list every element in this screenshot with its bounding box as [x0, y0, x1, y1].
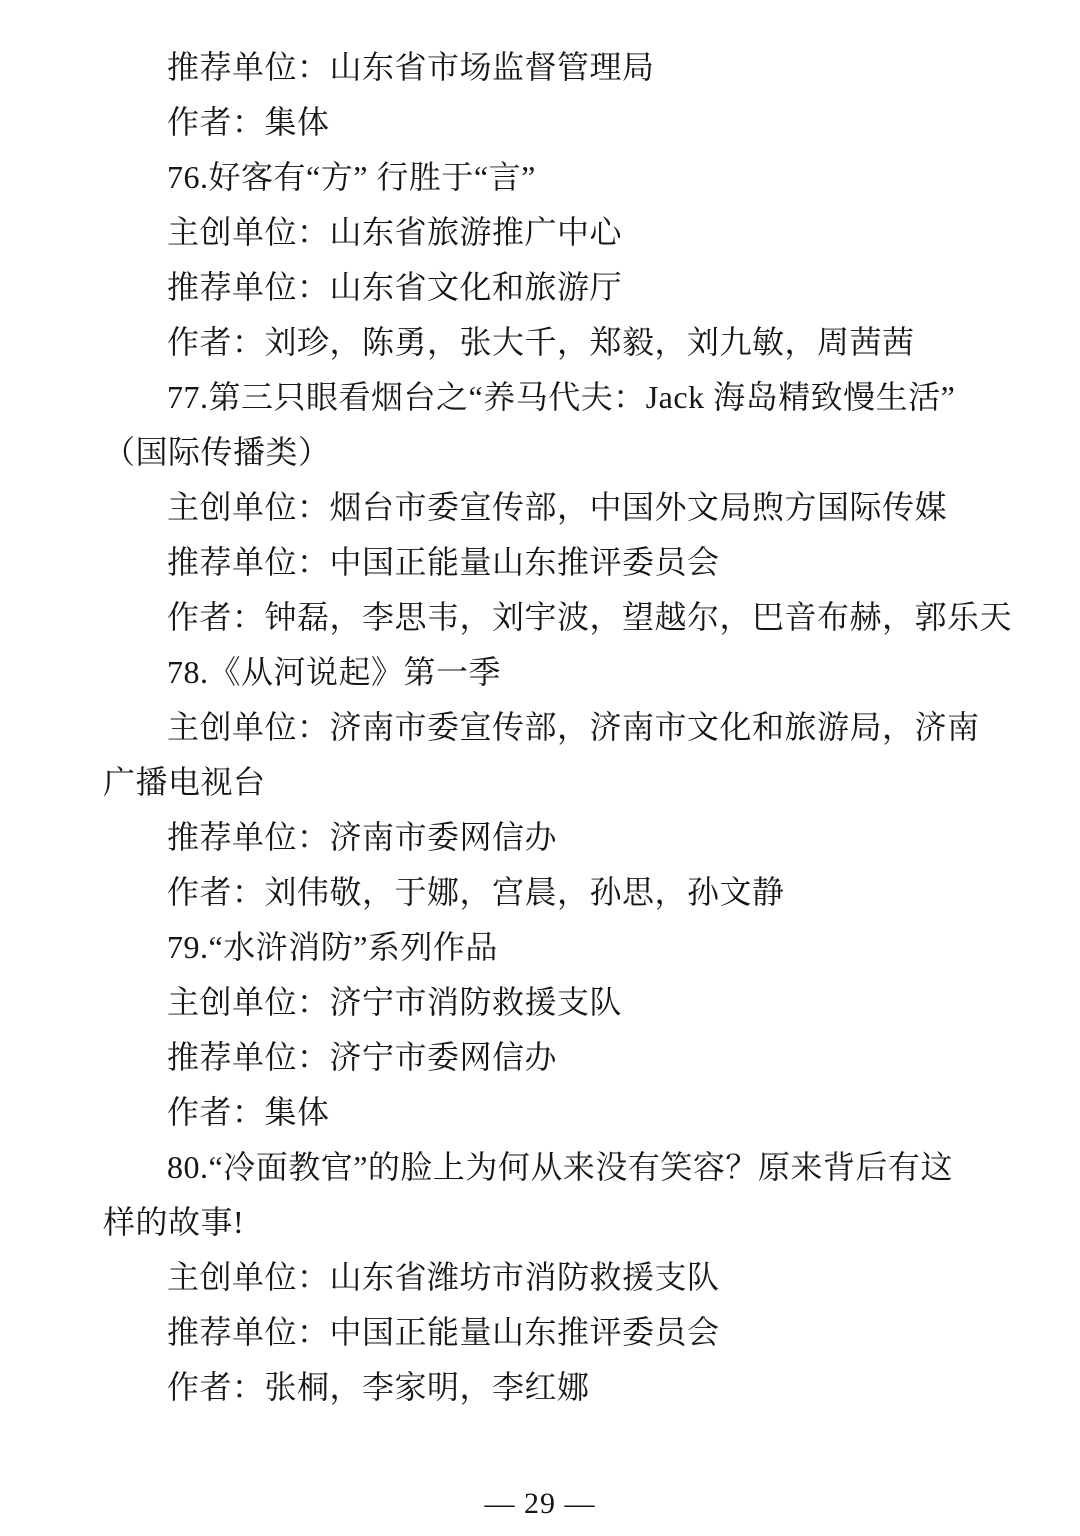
document-line: 主创单位：济宁市消防救援支队: [103, 975, 988, 1030]
document-line: 推荐单位：济南市委网信办: [103, 810, 988, 865]
document-line: 样的故事!: [103, 1195, 988, 1250]
document-line: 推荐单位：中国正能量山东推评委员会: [103, 535, 988, 590]
document-line: 作者：刘伟敬，于娜，宫晨，孙思，孙文静: [103, 865, 988, 920]
document-line: 作者：刘珍，陈勇，张大千，郑毅，刘九敏，周茜茜: [103, 315, 988, 370]
document-line: 主创单位：烟台市委宣传部，中国外文局煦方国际传媒: [103, 480, 988, 535]
document-line: 作者：集体: [103, 95, 988, 150]
document-page: 推荐单位：山东省市场监督管理局 作者：集体 76.好客有“方” 行胜于“言” 主…: [0, 0, 1080, 1536]
document-line: （国际传播类）: [103, 425, 988, 480]
document-line: 推荐单位：山东省市场监督管理局: [103, 40, 988, 95]
document-line: 主创单位：山东省潍坊市消防救援支队: [103, 1250, 988, 1305]
document-line: 推荐单位：济宁市委网信办: [103, 1030, 988, 1085]
document-line: 主创单位：济南市委宣传部，济南市文化和旅游局，济南: [103, 700, 988, 755]
document-line: 广播电视台: [103, 755, 988, 810]
document-line-entry-78-title: 78.《从河说起》第一季: [103, 645, 988, 700]
document-line: 作者：集体: [103, 1085, 988, 1140]
document-line: 推荐单位：山东省文化和旅游厅: [103, 260, 988, 315]
document-line-entry-79-title: 79.“水浒消防”系列作品: [103, 920, 988, 975]
document-line-entry-77-title: 77.第三只眼看烟台之“养马代夫：Jack 海岛精致慢生活”: [103, 370, 988, 425]
document-line: 作者：张桐，李家明，李红娜: [103, 1360, 988, 1415]
document-line: 作者：钟磊，李思韦，刘宇波，望越尔，巴音布赫，郭乐天: [103, 590, 988, 645]
document-line-entry-76-title: 76.好客有“方” 行胜于“言”: [103, 150, 988, 205]
document-line: 推荐单位：中国正能量山东推评委员会: [103, 1305, 988, 1360]
page-number: — 29 —: [0, 1487, 1080, 1521]
document-line-entry-80-title: 80.“冷面教官”的脸上为何从来没有笑容？原来背后有这: [103, 1140, 988, 1195]
document-line: 主创单位：山东省旅游推广中心: [103, 205, 988, 260]
